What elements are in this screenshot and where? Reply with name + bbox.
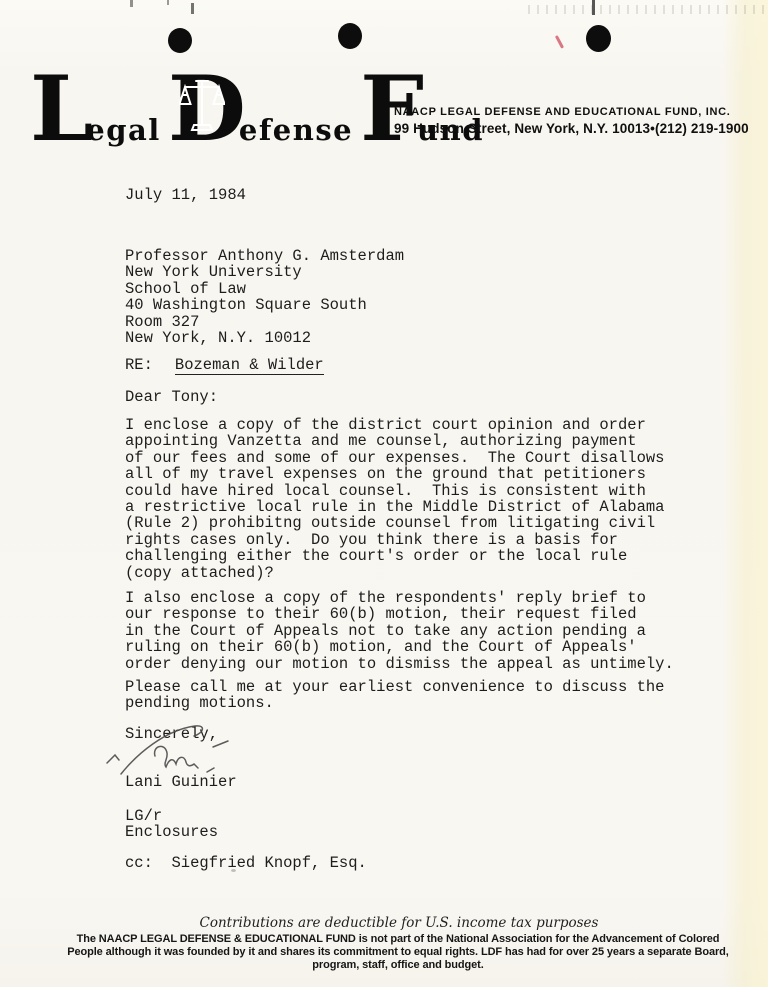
scan-edge-mark [167,0,169,5]
org-address-line: 99 Hudson Street, New York, N.Y. 10013•(… [394,121,749,136]
red-pen-mark [555,35,564,49]
scan-edge-mark [191,3,194,14]
footer-tagline: Contributions are deductible for U.S. in… [0,915,768,931]
hole-punch-dot [586,25,611,52]
re-label: RE: [125,356,153,374]
re-subject: Bozeman & Wilder [175,357,324,375]
re-line: RE:Bozeman & Wilder [125,357,324,375]
salutation: Dear Tony: [125,389,218,405]
hole-punch-dot [168,28,192,53]
letter-scan-page: L egal D efense F und NAACP LEGAL DEF [0,0,768,987]
body-paragraph: I also enclose a copy of the respondents… [125,590,674,672]
signer-name: Lani Guinier [125,774,237,790]
logo-letter-d: D [168,64,244,154]
hole-punch-dot [338,23,362,49]
logo-word-egal: egal [86,113,161,147]
handwritten-signature-icon [103,716,263,780]
scales-of-justice-icon [179,78,225,136]
scan-scribble-mark [528,5,768,14]
logo-letter-l: L [30,64,91,154]
body-paragraph: Please call me at your earliest convenie… [125,679,665,712]
reference-initials-enclosures: LG/r Enclosures [125,808,218,841]
cc-line: cc: Siegfried Knopf, Esq. [125,855,367,871]
org-name-line: NAACP LEGAL DEFENSE AND EDUCATIONAL FUND… [394,106,749,118]
scan-edge-mark [130,0,133,7]
footer-disclaimer: The NAACP LEGAL DEFENSE & EDUCATIONAL FU… [62,933,734,972]
body-paragraph: I enclose a copy of the district court o… [125,417,665,581]
recipient-address-block: Professor Anthony G. Amsterdam New York … [125,248,404,346]
logo-word-efense: efense [239,113,353,147]
letter-date: July 11, 1984 [125,187,246,203]
letterhead-org-block: NAACP LEGAL DEFENSE AND EDUCATIONAL FUND… [394,106,749,136]
